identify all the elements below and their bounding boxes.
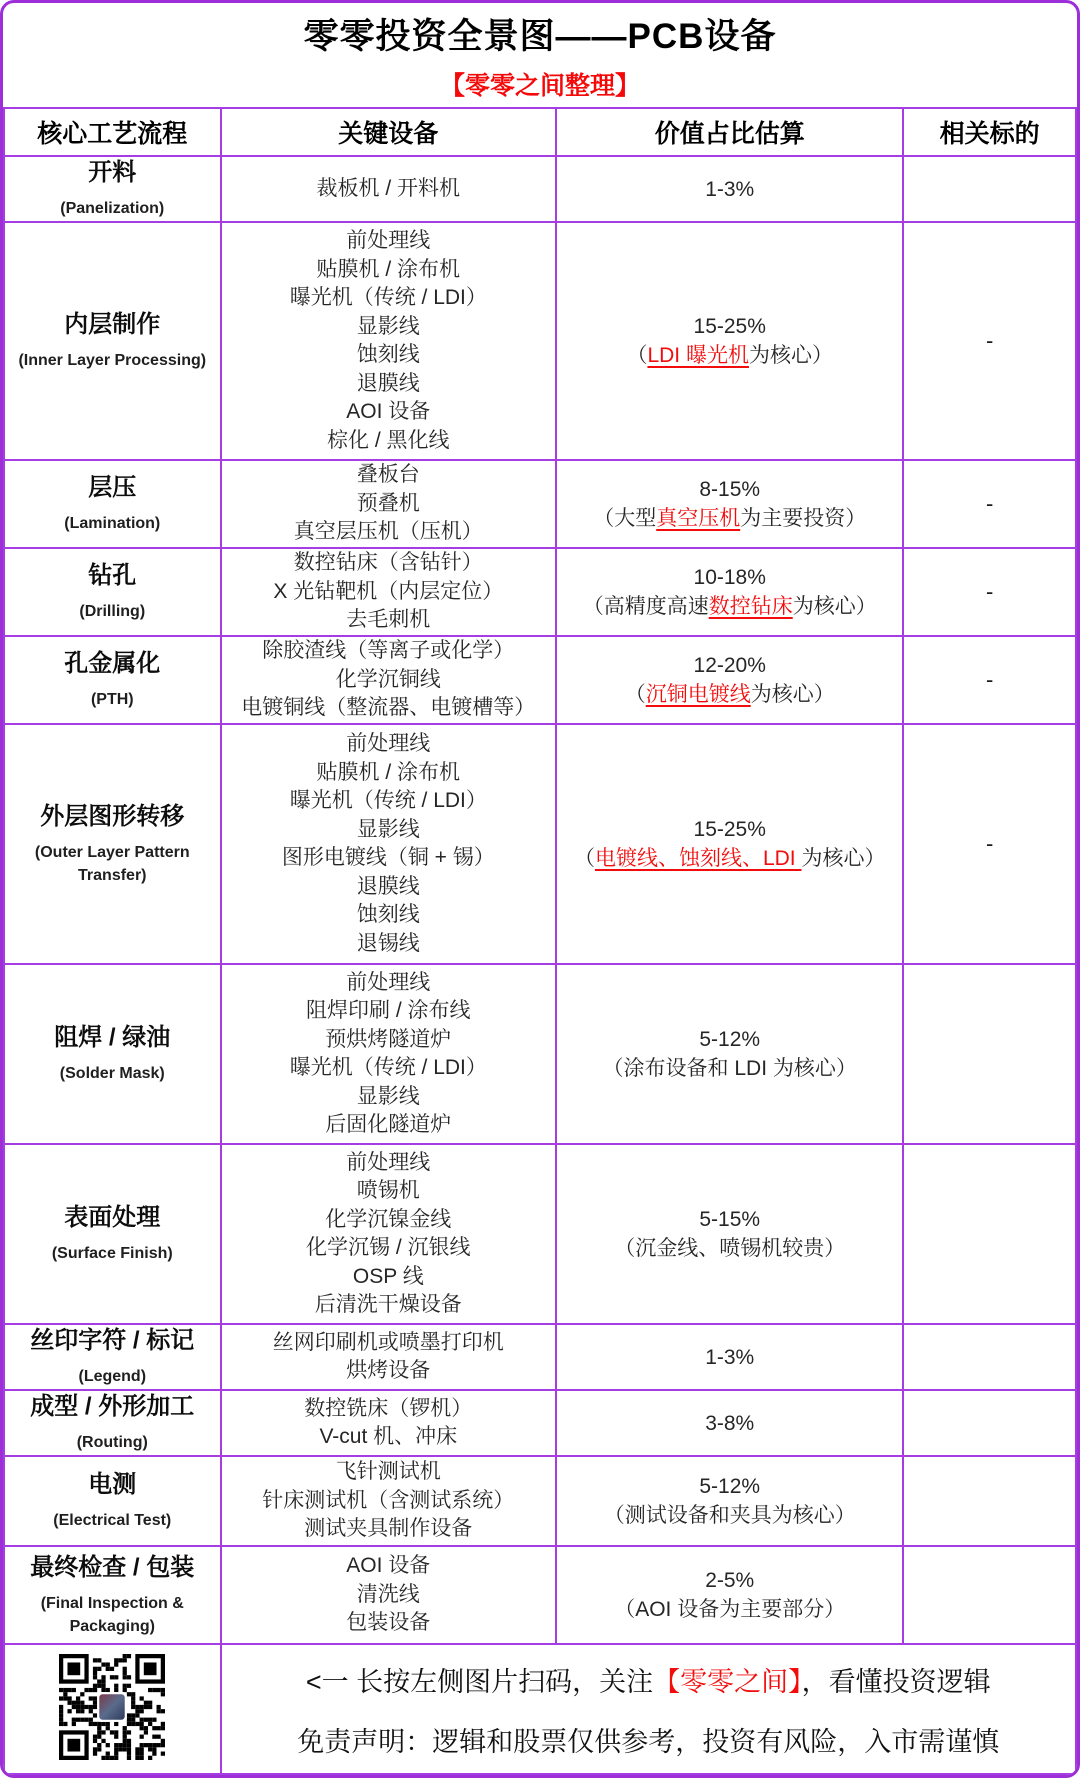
process-name-cn: 阻焊 / 绿油 <box>5 1023 220 1053</box>
value-note-pre: （ <box>626 344 647 367</box>
process-cell: 电测(Electrical Test) <box>4 1456 221 1546</box>
target-value: - <box>904 579 1075 605</box>
value-note-highlight: 电镀线、蚀刻线、LDI <box>595 847 802 870</box>
equipment-item: 数控钻床（含钻针） <box>222 549 556 578</box>
footer-cta-brand: 【零零之间】 <box>653 1667 802 1697</box>
value-note: （电镀线、蚀刻线、LDI 为核心） <box>557 844 902 873</box>
value-note-post: 为核心） <box>793 595 877 618</box>
equipment-item: 裁板机 / 开料机 <box>222 175 556 204</box>
process-name-cn: 电测 <box>5 1470 220 1500</box>
process-cell: 钻孔(Drilling) <box>4 548 221 636</box>
equipment-item: 退膜线 <box>222 873 556 902</box>
equipment-item: 后固化隧道炉 <box>222 1111 556 1140</box>
equipment-item: 图形电镀线（铜 + 锡） <box>222 844 556 873</box>
value-note: （大型真空压机为主要投资） <box>557 504 902 533</box>
equipment-item: 飞针测试机 <box>222 1458 556 1487</box>
value-percentage: 5-15% <box>557 1205 902 1234</box>
value-percentage: 2-5% <box>557 1566 902 1595</box>
equipment-cell: 丝网印刷机或喷墨打印机烘烤设备 <box>221 1324 557 1390</box>
equipment-item: 贴膜机 / 涂布机 <box>222 256 556 285</box>
process-name-en: (PTH) <box>5 688 220 711</box>
target-cell <box>903 1144 1076 1324</box>
process-cell: 丝印字符 / 标记(Legend) <box>4 1324 221 1390</box>
value-note-pre: （大型 <box>593 507 656 530</box>
value-cell: 2-5%（AOI 设备为主要部分） <box>556 1546 903 1644</box>
column-header-target: 相关标的 <box>903 108 1076 156</box>
equipment-cell: 数控钻床（含钻针）X 光钻靶机（内层定位）去毛刺机 <box>221 548 557 636</box>
process-name-en: (Inner Layer Processing) <box>5 349 220 372</box>
value-note-pre: （AOI 设备为主要部分） <box>614 1598 845 1621</box>
value-note-pre: （ <box>625 683 646 706</box>
target-cell <box>903 1456 1076 1546</box>
title-block: 零零投资全景图——PCB设备 【零零之间整理】 <box>3 3 1077 107</box>
value-note-pre: （涂布设备和 LDI 为核心） <box>603 1057 857 1080</box>
table-row: 开料(Panelization)裁板机 / 开料机1-3% <box>4 156 1076 222</box>
value-note: （沉金线、喷锡机较贵） <box>557 1234 902 1263</box>
target-cell: - <box>903 222 1076 460</box>
value-note: （测试设备和夹具为核心） <box>557 1501 902 1530</box>
process-cell: 表面处理(Surface Finish) <box>4 1144 221 1324</box>
process-name-cn: 成型 / 外形加工 <box>5 1392 220 1422</box>
equipment-item: 前处理线 <box>222 969 556 998</box>
equipment-item: 后清洗干燥设备 <box>222 1291 556 1320</box>
equipment-item: AOI 设备 <box>222 1552 556 1581</box>
equipment-item: 喷锡机 <box>222 1177 556 1206</box>
equipment-item: 曝光机（传统 / LDI） <box>222 787 556 816</box>
equipment-item: 曝光机（传统 / LDI） <box>222 1054 556 1083</box>
process-name-cn: 表面处理 <box>5 1203 220 1233</box>
equipment-item: 前处理线 <box>222 730 556 759</box>
value-percentage: 3-8% <box>557 1409 902 1438</box>
value-cell: 8-15%（大型真空压机为主要投资） <box>556 460 903 548</box>
process-cell: 最终检查 / 包装(Final Inspection & Packaging) <box>4 1546 221 1644</box>
equipment-item: 除胶渣线（等离子或化学） <box>222 637 556 666</box>
column-header-value: 价值占比估算 <box>556 108 903 156</box>
value-note-post: 为核心） <box>751 683 835 706</box>
process-cell: 孔金属化(PTH) <box>4 636 221 724</box>
process-cell: 外层图形转移(Outer Layer Pattern Transfer) <box>4 724 221 964</box>
equipment-item: 去毛刺机 <box>222 606 556 635</box>
target-cell: - <box>903 548 1076 636</box>
process-name-cn: 层压 <box>5 473 220 503</box>
equipment-item: X 光钻靶机（内层定位） <box>222 578 556 607</box>
value-note: （LDI 曝光机为核心） <box>557 341 902 370</box>
process-name-cn: 钻孔 <box>5 561 220 591</box>
equipment-cell: 叠板台预叠机真空层压机（压机） <box>221 460 557 548</box>
table-row: 钻孔(Drilling)数控钻床（含钻针）X 光钻靶机（内层定位）去毛刺机10-… <box>4 548 1076 636</box>
equipment-item: 数控铣床（锣机） <box>222 1395 556 1424</box>
table-row: 外层图形转移(Outer Layer Pattern Transfer)前处理线… <box>4 724 1076 964</box>
equipment-item: 丝网印刷机或喷墨打印机 <box>222 1329 556 1358</box>
equipment-item: 曝光机（传统 / LDI） <box>222 284 556 313</box>
equipment-item: 贴膜机 / 涂布机 <box>222 759 556 788</box>
process-name-en: (Panelization) <box>5 197 220 220</box>
process-name-cn: 外层图形转移 <box>5 802 220 832</box>
table-row: 孔金属化(PTH)除胶渣线（等离子或化学）化学沉铜线电镀铜线（整流器、电镀槽等）… <box>4 636 1076 724</box>
table-row: 丝印字符 / 标记(Legend)丝网印刷机或喷墨打印机烘烤设备1-3% <box>4 1324 1076 1390</box>
table-row: 最终检查 / 包装(Final Inspection & Packaging)A… <box>4 1546 1076 1644</box>
value-percentage: 15-25% <box>557 312 902 341</box>
target-value: - <box>904 831 1075 857</box>
value-percentage: 1-3% <box>557 175 902 204</box>
equipment-item: 电镀铜线（整流器、电镀槽等） <box>222 694 556 723</box>
value-percentage: 8-15% <box>557 475 902 504</box>
equipment-item: 烘烤设备 <box>222 1357 556 1386</box>
value-note-post: 为主要投资） <box>740 507 866 530</box>
equipment-item: 蚀刻线 <box>222 341 556 370</box>
process-name-cn: 内层制作 <box>5 310 220 340</box>
equipment-item: 化学沉锡 / 沉银线 <box>222 1234 556 1263</box>
footer-cta-line: <一 长按左侧图片扫码，关注【零零之间】，看懂投资逻辑 <box>306 1660 991 1699</box>
value-note-highlight: 数控钻床 <box>709 595 793 618</box>
process-name-cn: 最终检查 / 包装 <box>5 1553 220 1583</box>
column-header-equipment: 关键设备 <box>221 108 557 156</box>
equipment-item: 退锡线 <box>222 930 556 959</box>
equipment-item: 退膜线 <box>222 370 556 399</box>
process-name-en: (Final Inspection & Packaging) <box>5 1592 220 1638</box>
equipment-item: 包装设备 <box>222 1609 556 1638</box>
process-cell: 内层制作(Inner Layer Processing) <box>4 222 221 460</box>
qr-code-icon[interactable] <box>59 1654 165 1760</box>
equipment-item: 测试夹具制作设备 <box>222 1515 556 1544</box>
table-row: 层压(Lamination)叠板台预叠机真空层压机（压机）8-15%（大型真空压… <box>4 460 1076 548</box>
process-name-en: (Lamination) <box>5 512 220 535</box>
target-cell: - <box>903 460 1076 548</box>
equipment-cell: 前处理线喷锡机化学沉镍金线化学沉锡 / 沉银线OSP 线后清洗干燥设备 <box>221 1144 557 1324</box>
target-cell <box>903 1324 1076 1390</box>
equipment-item: 蚀刻线 <box>222 901 556 930</box>
equipment-item: 化学沉铜线 <box>222 666 556 695</box>
footer-cta-post: ，看懂投资逻辑 <box>802 1667 991 1697</box>
equipment-cell: 前处理线阻焊印刷 / 涂布线预烘烤隧道炉曝光机（传统 / LDI）显影线后固化隧… <box>221 964 557 1144</box>
footer-text-cell: <一 长按左侧图片扫码，关注【零零之间】，看懂投资逻辑 免责声明：逻辑和股票仅供… <box>221 1644 1076 1774</box>
process-cell: 层压(Lamination) <box>4 460 221 548</box>
table-row: 阻焊 / 绿油(Solder Mask)前处理线阻焊印刷 / 涂布线预烘烤隧道炉… <box>4 964 1076 1144</box>
equipment-item: 叠板台 <box>222 461 556 490</box>
equipment-item: AOI 设备 <box>222 398 556 427</box>
value-note-highlight: 真空压机 <box>656 507 740 530</box>
value-note: （涂布设备和 LDI 为核心） <box>557 1054 902 1083</box>
process-name-en: (Solder Mask) <box>5 1062 220 1085</box>
target-cell <box>903 1546 1076 1644</box>
value-percentage: 15-25% <box>557 815 902 844</box>
value-note-post: 为核心） <box>749 344 833 367</box>
equipment-item: OSP 线 <box>222 1263 556 1292</box>
equipment-item: 预叠机 <box>222 490 556 519</box>
process-name-en: (Routing) <box>5 1431 220 1454</box>
value-note-pre: （沉金线、喷锡机较贵） <box>614 1237 845 1260</box>
process-name-cn: 孔金属化 <box>5 649 220 679</box>
equipment-item: V-cut 机、冲床 <box>222 1423 556 1452</box>
table-row: 电测(Electrical Test)飞针测试机针床测试机（含测试系统）测试夹具… <box>4 1456 1076 1546</box>
target-cell: - <box>903 636 1076 724</box>
process-cell: 成型 / 外形加工(Routing) <box>4 1390 221 1456</box>
process-cell: 开料(Panelization) <box>4 156 221 222</box>
value-note: （沉铜电镀线为核心） <box>557 680 902 709</box>
equipment-item: 前处理线 <box>222 1149 556 1178</box>
process-cell: 阻焊 / 绿油(Solder Mask) <box>4 964 221 1144</box>
value-note-pre: （ <box>574 847 595 870</box>
pcb-equipment-table: 核心工艺流程 关键设备 价值占比估算 相关标的 开料(Panelization)… <box>3 107 1077 1775</box>
table-row: 内层制作(Inner Layer Processing)前处理线贴膜机 / 涂布… <box>4 222 1076 460</box>
value-cell: 5-15%（沉金线、喷锡机较贵） <box>556 1144 903 1324</box>
target-value: - <box>904 667 1075 693</box>
value-cell: 5-12%（涂布设备和 LDI 为核心） <box>556 964 903 1144</box>
equipment-item: 前处理线 <box>222 227 556 256</box>
equipment-cell: 前处理线贴膜机 / 涂布机曝光机（传统 / LDI）显影线图形电镀线（铜 + 锡… <box>221 724 557 964</box>
column-header-process: 核心工艺流程 <box>4 108 221 156</box>
page-subtitle: 【零零之间整理】 <box>440 66 640 102</box>
equipment-cell: AOI 设备清洗线包装设备 <box>221 1546 557 1644</box>
process-name-cn: 丝印字符 / 标记 <box>5 1326 220 1356</box>
value-cell: 15-25%（电镀线、蚀刻线、LDI 为核心） <box>556 724 903 964</box>
page-title: 零零投资全景图——PCB设备 <box>304 9 777 59</box>
value-cell: 1-3% <box>556 1324 903 1390</box>
equipment-item: 棕化 / 黑化线 <box>222 427 556 456</box>
value-cell: 1-3% <box>556 156 903 222</box>
footer-disclaimer-line: 免责声明：逻辑和股票仅供参考，投资有风险，入市需谨慎 <box>297 1720 999 1759</box>
value-cell: 5-12%（测试设备和夹具为核心） <box>556 1456 903 1546</box>
equipment-cell: 飞针测试机针床测试机（含测试系统）测试夹具制作设备 <box>221 1456 557 1546</box>
value-note-pre: （高精度高速 <box>583 595 709 618</box>
footer-lines: <一 长按左侧图片扫码，关注【零零之间】，看懂投资逻辑 免责声明：逻辑和股票仅供… <box>222 1645 1075 1773</box>
target-value: - <box>904 328 1075 354</box>
target-cell <box>903 964 1076 1144</box>
footer-cta-pre: <一 长按左侧图片扫码，关注 <box>306 1667 653 1697</box>
value-note-highlight: LDI 曝光机 <box>647 344 749 367</box>
header-row: 核心工艺流程 关键设备 价值占比估算 相关标的 <box>4 108 1076 156</box>
equipment-item: 显影线 <box>222 313 556 342</box>
target-cell: - <box>903 724 1076 964</box>
process-name-en: (Surface Finish) <box>5 1242 220 1265</box>
value-percentage: 5-12% <box>557 1472 902 1501</box>
value-percentage: 1-3% <box>557 1343 902 1372</box>
process-name-en: (Drilling) <box>5 600 220 623</box>
value-cell: 12-20%（沉铜电镀线为核心） <box>556 636 903 724</box>
equipment-cell: 前处理线贴膜机 / 涂布机曝光机（传统 / LDI）显影线蚀刻线退膜线AOI 设… <box>221 222 557 460</box>
target-cell <box>903 156 1076 222</box>
value-percentage: 12-20% <box>557 651 902 680</box>
equipment-item: 显影线 <box>222 1083 556 1112</box>
footer-row: <一 长按左侧图片扫码，关注【零零之间】，看懂投资逻辑 免责声明：逻辑和股票仅供… <box>4 1644 1076 1774</box>
equipment-cell: 除胶渣线（等离子或化学）化学沉铜线电镀铜线（整流器、电镀槽等） <box>221 636 557 724</box>
process-name-en: (Electrical Test) <box>5 1509 220 1532</box>
value-percentage: 10-18% <box>557 563 902 592</box>
value-cell: 3-8% <box>556 1390 903 1456</box>
equipment-cell: 裁板机 / 开料机 <box>221 156 557 222</box>
equipment-item: 真空层压机（压机） <box>222 518 556 547</box>
equipment-cell: 数控铣床（锣机）V-cut 机、冲床 <box>221 1390 557 1456</box>
value-note-pre: （测试设备和夹具为核心） <box>604 1504 856 1527</box>
target-value: - <box>904 491 1075 517</box>
equipment-item: 显影线 <box>222 816 556 845</box>
table-row: 表面处理(Surface Finish)前处理线喷锡机化学沉镍金线化学沉锡 / … <box>4 1144 1076 1324</box>
value-note-post: 为核心） <box>801 847 885 870</box>
table-row: 成型 / 外形加工(Routing)数控铣床（锣机）V-cut 机、冲床3-8% <box>4 1390 1076 1456</box>
equipment-item: 清洗线 <box>222 1581 556 1610</box>
equipment-item: 阻焊印刷 / 涂布线 <box>222 997 556 1026</box>
process-name-en: (Legend) <box>5 1365 220 1388</box>
infographic-sheet: 零零投资全景图——PCB设备 【零零之间整理】 核心工艺流程 关键设备 价值占比… <box>0 0 1080 1778</box>
value-cell: 10-18%（高精度高速数控钻床为核心） <box>556 548 903 636</box>
footer-qr-cell <box>4 1644 221 1774</box>
equipment-item: 针床测试机（含测试系统） <box>222 1487 556 1516</box>
value-cell: 15-25%（LDI 曝光机为核心） <box>556 222 903 460</box>
process-name-cn: 开料 <box>5 158 220 188</box>
value-note-highlight: 沉铜电镀线 <box>646 683 751 706</box>
value-note: （高精度高速数控钻床为核心） <box>557 592 902 621</box>
value-note: （AOI 设备为主要部分） <box>557 1595 902 1624</box>
process-name-en: (Outer Layer Pattern Transfer) <box>5 841 220 887</box>
value-percentage: 5-12% <box>557 1025 902 1054</box>
target-cell <box>903 1390 1076 1456</box>
equipment-item: 化学沉镍金线 <box>222 1206 556 1235</box>
equipment-item: 预烘烤隧道炉 <box>222 1026 556 1055</box>
